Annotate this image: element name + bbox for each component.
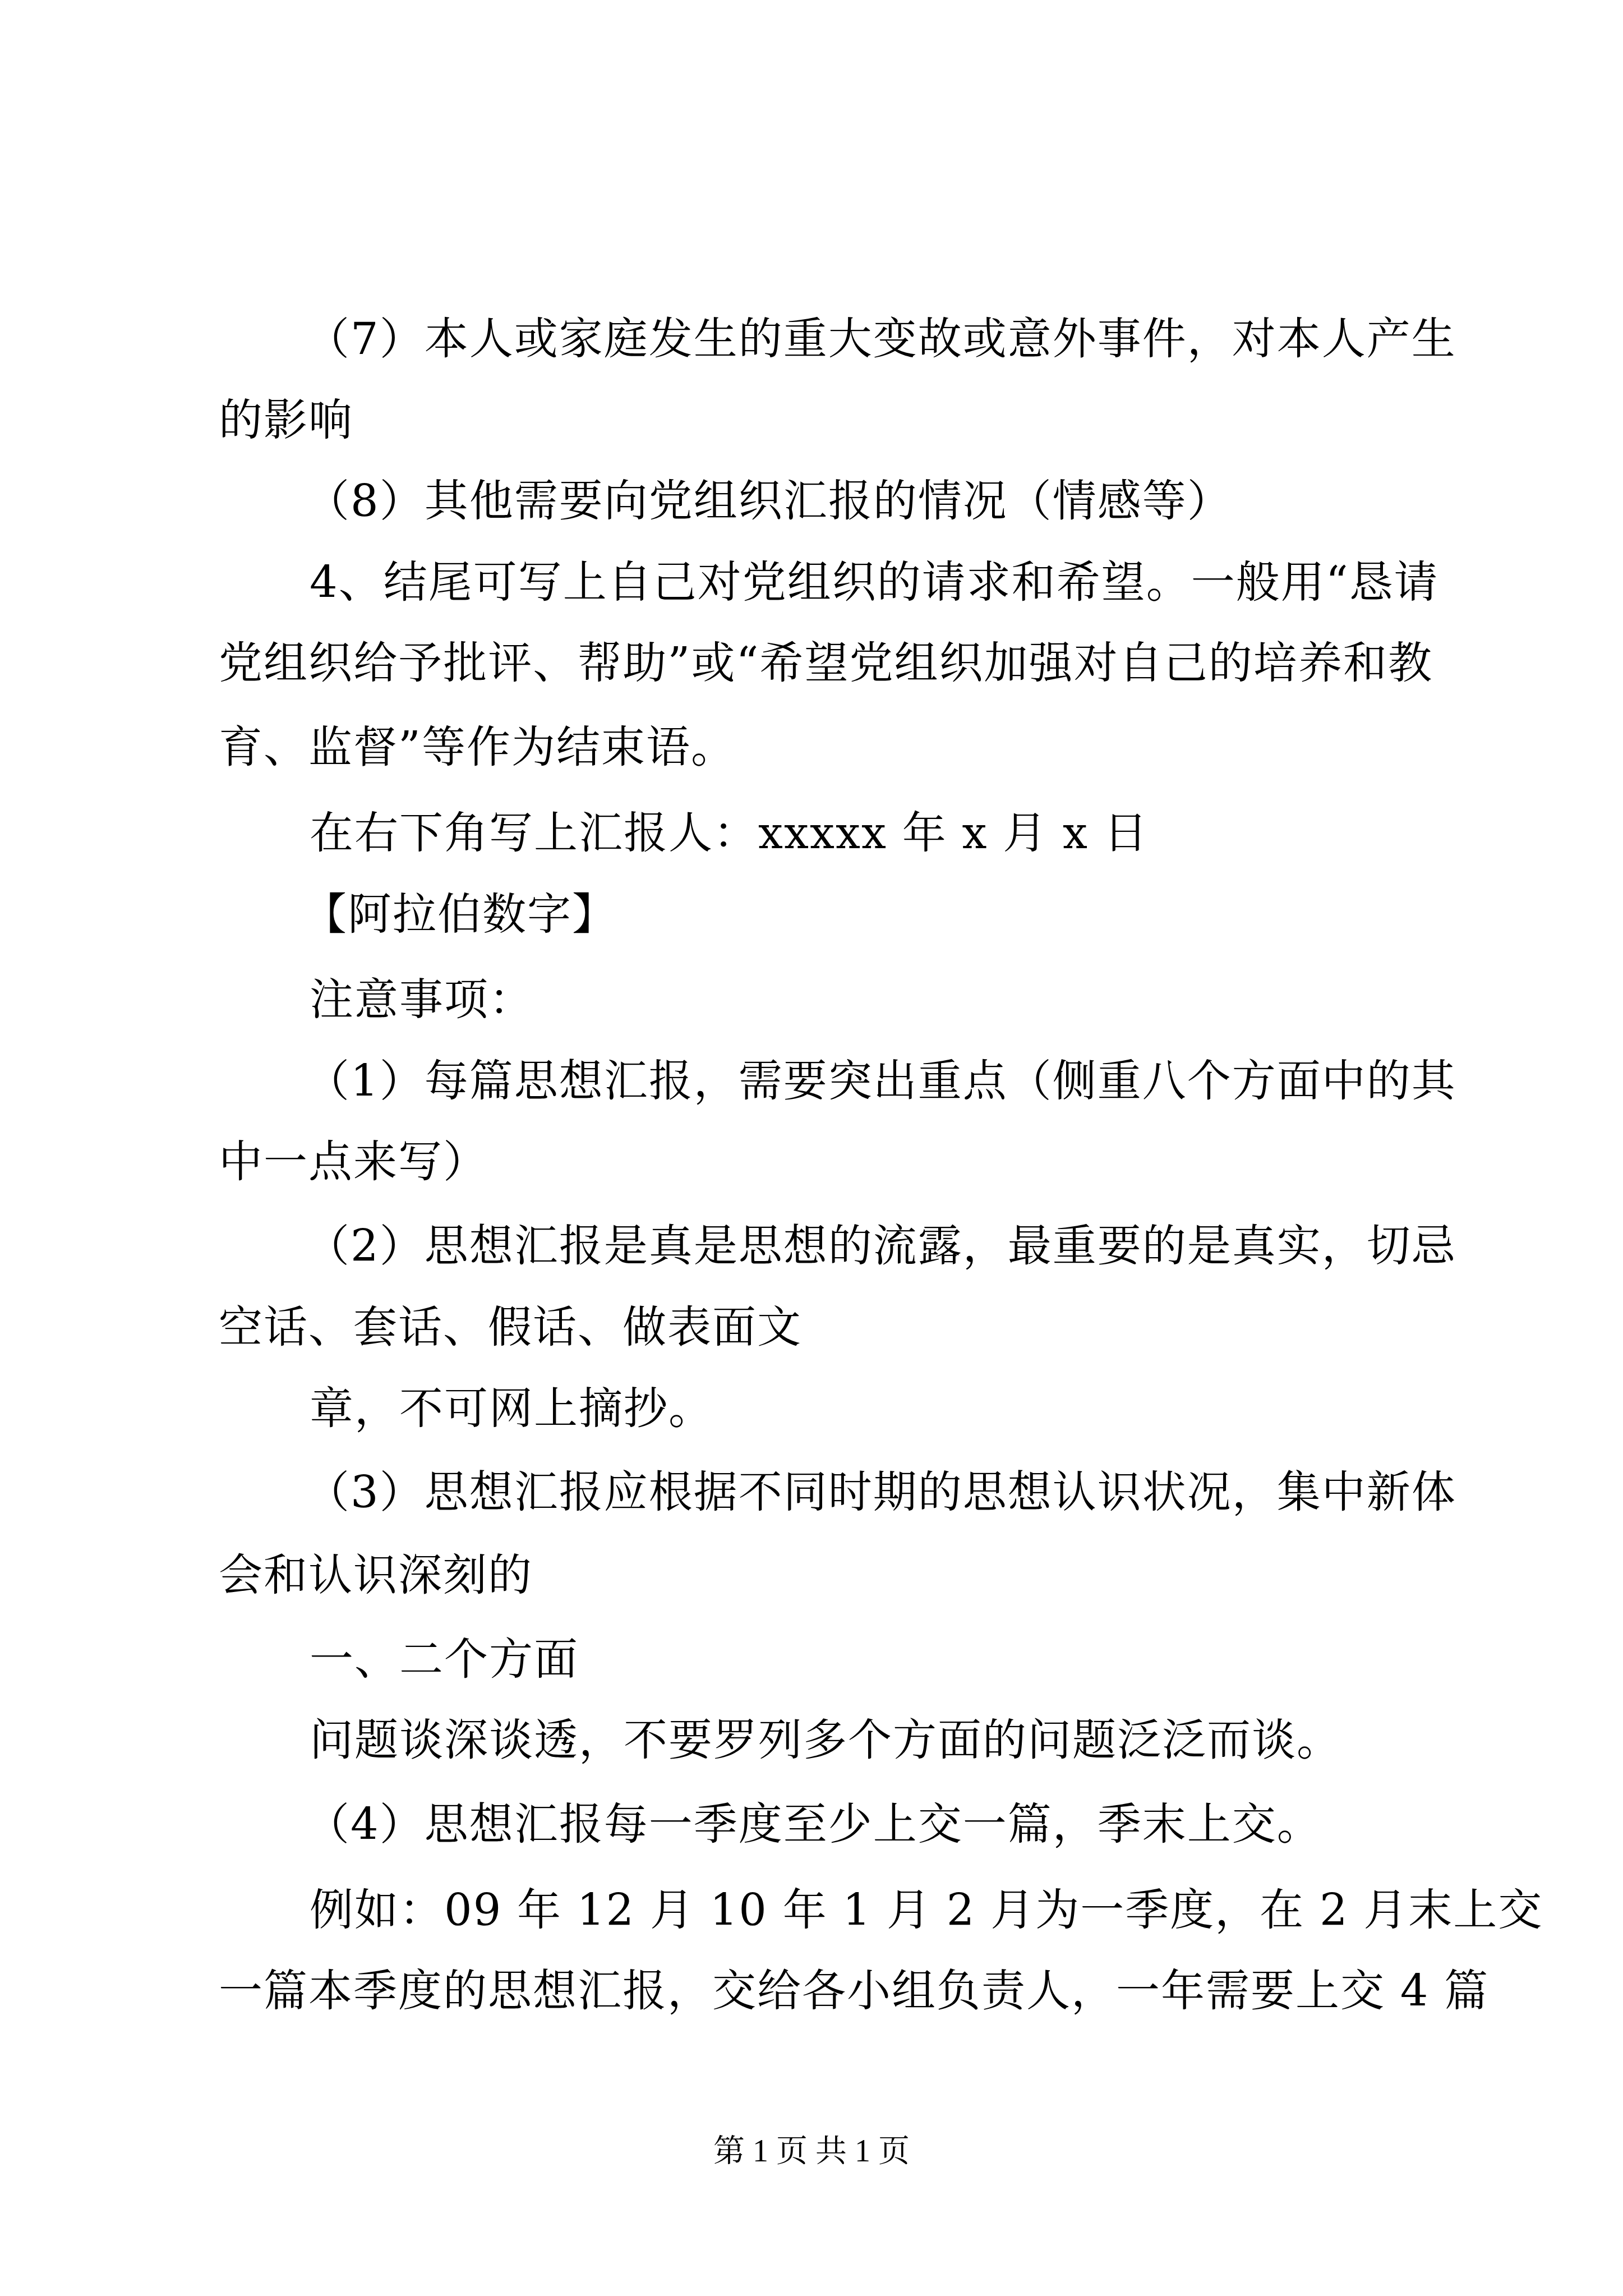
note-3-line-4: 问题谈深谈透，不要罗列多个方面的问题泛泛而谈。: [310, 1713, 1341, 1769]
note-3-line-3: 一、二个方面: [310, 1632, 579, 1688]
notes-heading: 注意事项：: [310, 972, 534, 1028]
note-2-line-3: 章，不可网上摘抄。: [310, 1381, 713, 1437]
note-1-line-2: 中一点来写）: [219, 1134, 488, 1190]
note-1-line-1: （1）每篇思想汇报，需要突出重点（侧重八个方面中的其: [306, 1053, 1431, 1110]
note-2-line-2: 空话、套话、假话、做表面文: [219, 1300, 802, 1356]
point-4-line-1: 4、结尾可写上自己对党组织的请求和希望。一般用“恳请: [310, 555, 1431, 611]
note-3-line-2: 会和认识深刻的: [219, 1548, 533, 1604]
page-number-footer: 第 1 页 共 1 页: [0, 2129, 1623, 2174]
note-3-line-1: （3）思想汇报应根据不同时期的思想认识状况，集中新体: [306, 1465, 1431, 1521]
item-7-line-2: 的影响: [219, 393, 353, 449]
example-line-1: 例如：09 年 12 月 10 年 1 月 2 月为一季度，在 2 月末上交: [310, 1883, 1431, 1939]
note-2-line-1: （2）思想汇报是真是思想的流露，最重要的是真实，切忌: [306, 1218, 1431, 1274]
document-page: （7）本人或家庭发生的重大变故或意外事件，对本人产生 的影响 （8）其他需要向党…: [0, 0, 1623, 2296]
note-4-line-1: （4）思想汇报每一季度至少上交一篇，季末上交。: [306, 1797, 1322, 1853]
item-7-line-1: （7）本人或家庭发生的重大变故或意外事件，对本人产生: [306, 311, 1431, 367]
example-line-2: 一篇本季度的思想汇报，交给各小组负责人，一年需要上交 4 篇: [219, 1963, 1433, 2019]
point-4-line-3: 育、监督”等作为结束语。: [219, 720, 736, 776]
arabic-numerals-heading: 【阿拉伯数字】: [303, 887, 617, 943]
item-8-line-1: （8）其他需要向党组织汇报的情况（情感等）: [306, 473, 1232, 530]
signature-line: 在右下角写上汇报人：xxxxx 年 x 月 x 日: [310, 806, 1149, 862]
point-4-line-2: 党组织给予批评、帮助”或“希望党组织加强对自己的培养和教: [219, 636, 1433, 692]
